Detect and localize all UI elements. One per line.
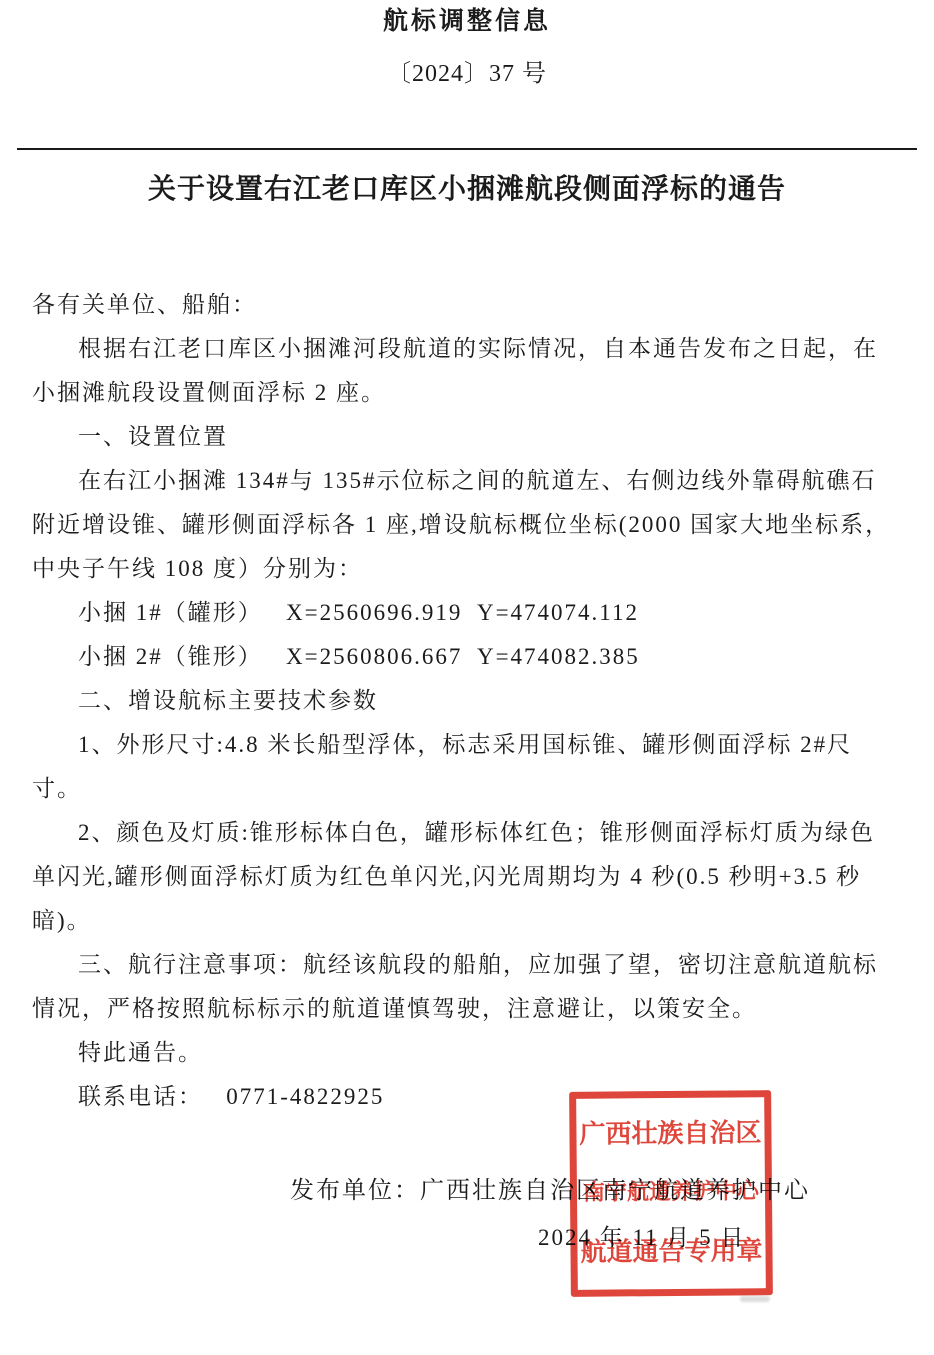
contact-phone-line: 联系电话： 0771-4822925 — [32, 1075, 906, 1119]
para-closing: 特此通告。 — [32, 1031, 906, 1075]
stamp-line-seal-type: 航道通告专用章 — [580, 1237, 762, 1265]
para-dimensions: 1、外形尺寸:4.8 米长船型浮体，标志采用国标锥、罐形侧面浮标 2#尺 寸。 — [32, 723, 906, 811]
salutation: 各有关单位、船舶： — [32, 283, 906, 327]
stamp-line-center: 南宁航道养护中心 — [583, 1180, 759, 1204]
scan-smudge-artifact — [740, 1296, 770, 1302]
coord-line-1: 小捆 1#（罐形） X=2560696.919 Y=474074.112 — [32, 591, 906, 635]
para-color-light: 2、颜色及灯质:锥形标体白色，罐形标体红色；锥形侧面浮标灯质为绿色 单闪光,罐形… — [32, 811, 906, 943]
notice-subtitle: 关于设置右江老口库区小捆滩航段侧面浮标的通告 — [0, 174, 934, 206]
para-intro: 根据右江老口库区小捆滩河段航道的实际情况，自本通告发布之日起，在 小捆滩航段设置… — [32, 327, 906, 415]
document-title: 航标调整信息 — [0, 0, 934, 36]
notice-body: 各有关单位、船舶： 根据右江老口库区小捆滩河段航道的实际情况，自本通告发布之日起… — [32, 283, 906, 1119]
coord-line-2: 小捆 2#（锥形） X=2560806.667 Y=474082.385 — [32, 635, 906, 679]
para-location-detail: 在右江小捆滩 134#与 135#示位标之间的航道左、右侧边线外靠碍航礁石 附近… — [32, 459, 906, 591]
official-stamp: 广西壮族自治区 南宁航道养护中心 航道通告专用章 — [569, 1090, 773, 1297]
document-page: 航标调整信息 〔2024〕37 号 关于设置右江老口库区小捆滩航段侧面浮标的通告… — [0, 0, 934, 1355]
heading-section-2: 二、增设航标主要技术参数 — [32, 679, 906, 723]
header-divider — [17, 148, 917, 150]
document-number: 〔2024〕37 号 — [0, 60, 934, 88]
heading-section-1: 一、设置位置 — [32, 415, 906, 459]
para-navigation-notice: 三、航行注意事项：航经该航段的船舶，应加强了望，密切注意航道航标 情况，严格按照… — [32, 943, 906, 1031]
stamp-line-region: 广西壮族自治区 — [579, 1119, 761, 1147]
